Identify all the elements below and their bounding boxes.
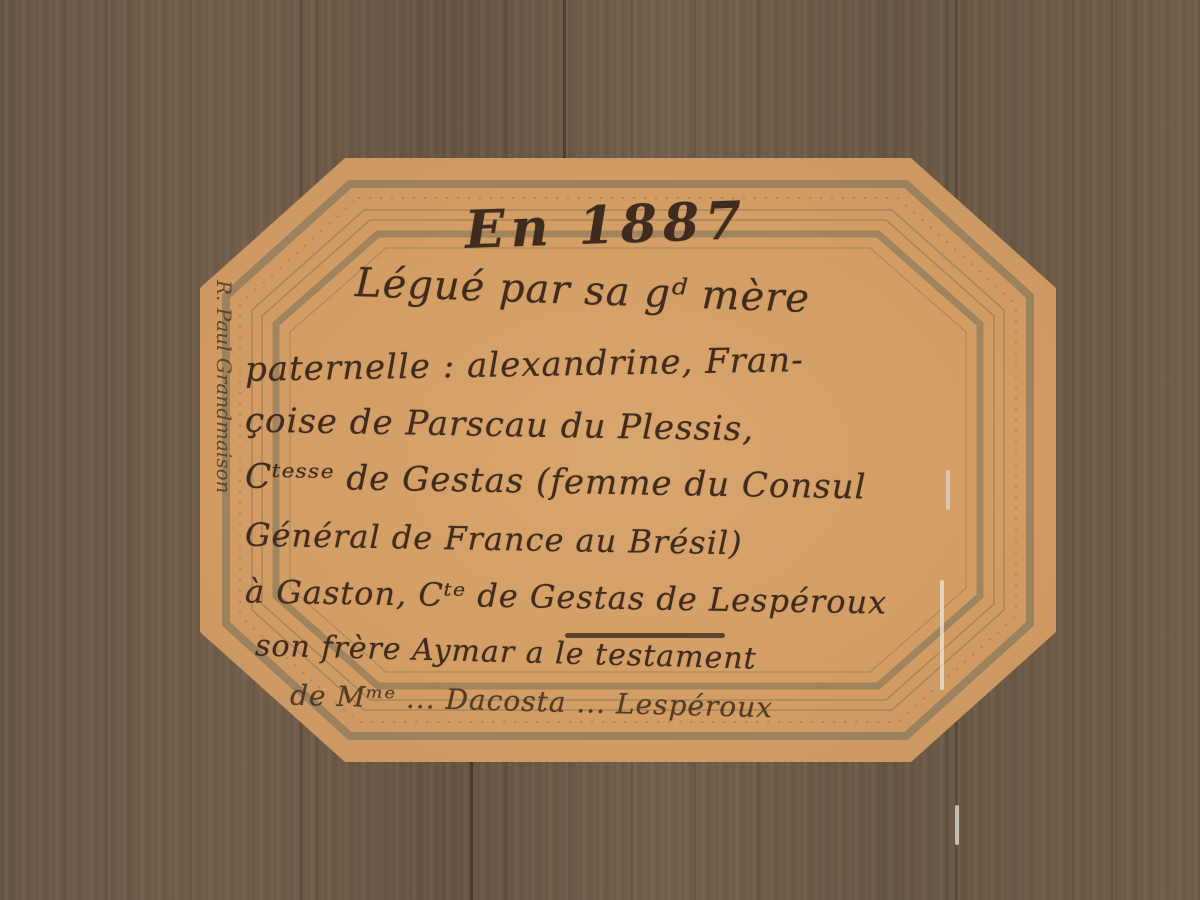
wood-grain-line xyxy=(1110,0,1113,900)
wood-grain-line xyxy=(105,0,108,900)
wood-board-seam xyxy=(563,0,566,160)
wood-board-seam xyxy=(470,755,473,900)
label-side-note: R. Paul Grandmaison xyxy=(212,280,236,494)
label-line-year: En 1887 xyxy=(464,190,748,261)
paint-scratch xyxy=(940,580,944,690)
paint-scratch xyxy=(955,805,959,845)
paint-scratch xyxy=(946,470,950,510)
